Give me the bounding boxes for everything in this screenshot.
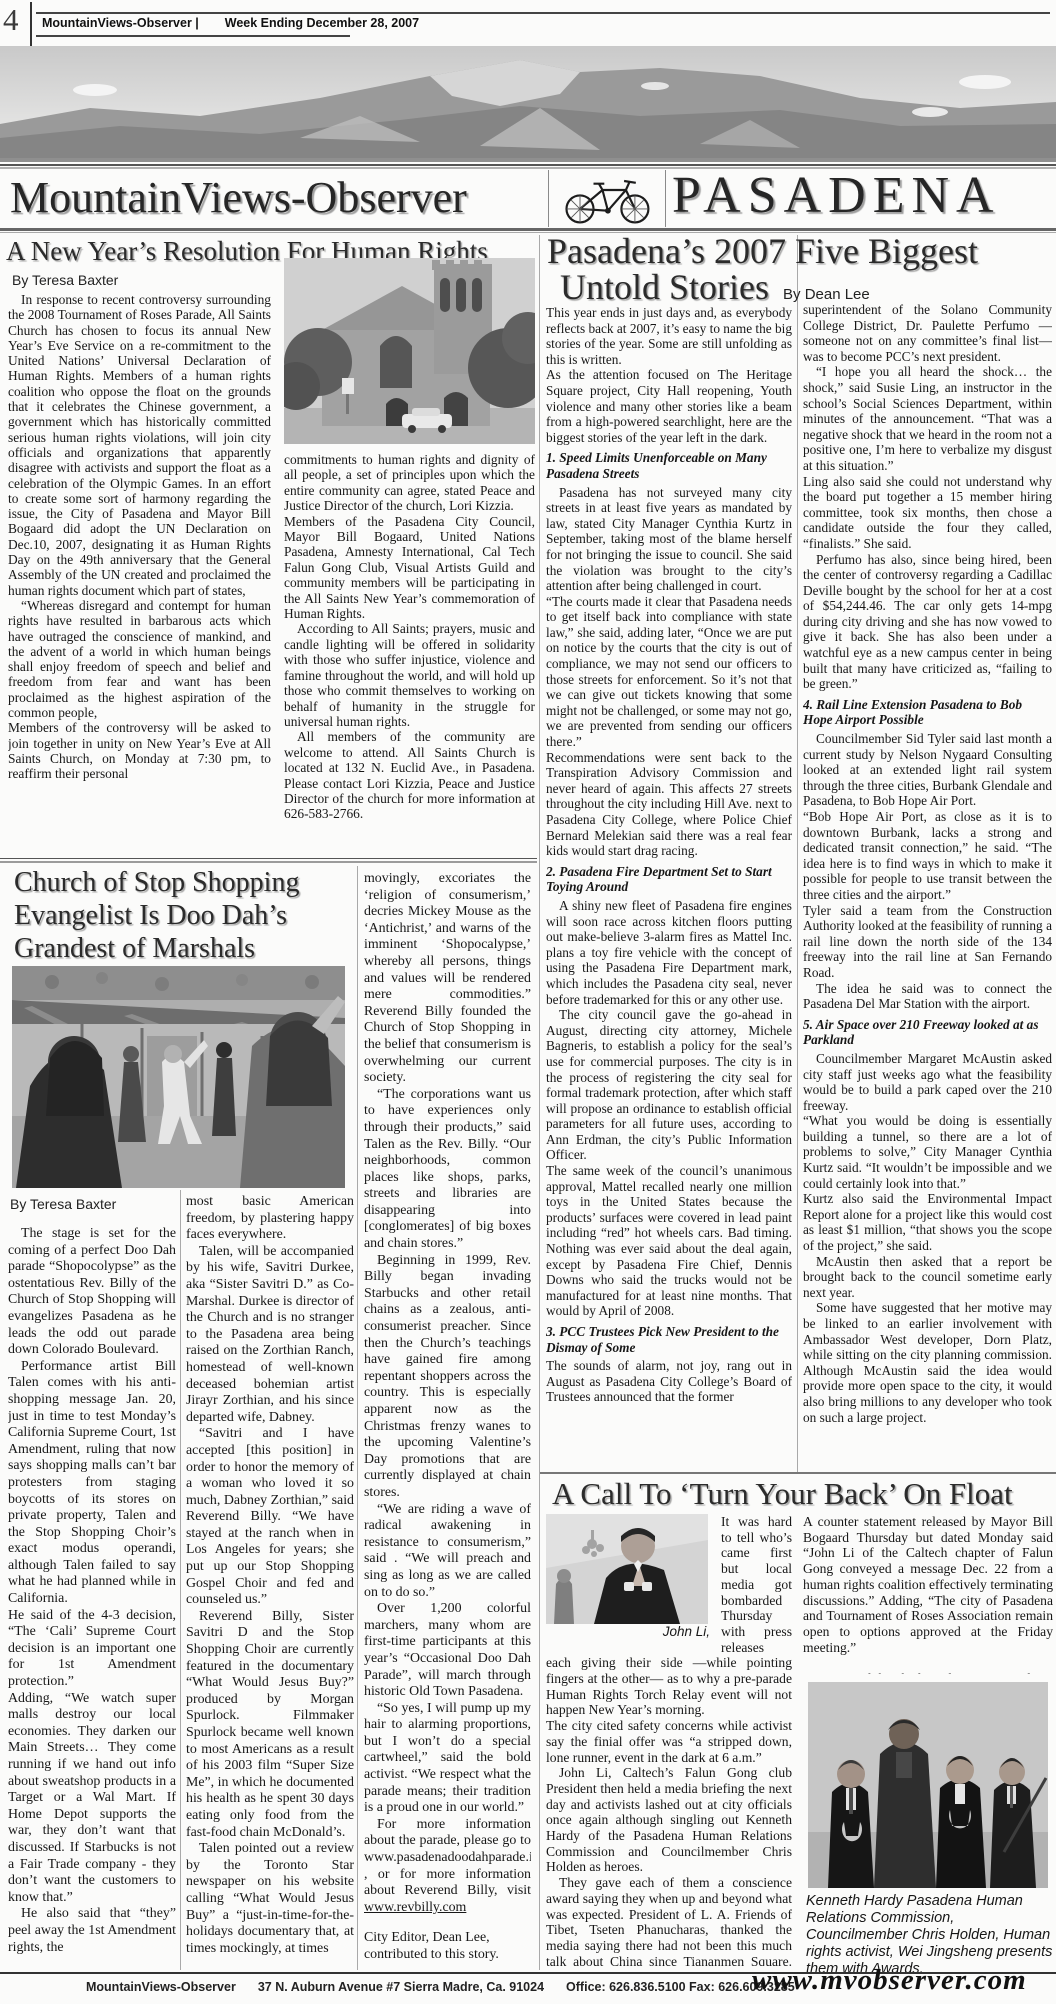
untold-subhead-3: 3. PCC Trustees Pick New President to th… xyxy=(546,1324,792,1355)
paragraph: Members of the controversy will be asked… xyxy=(8,720,271,781)
paragraph: McAustin then asked that a report be bro… xyxy=(803,1254,1052,1301)
awards-photo-graphic xyxy=(808,1682,1048,1888)
page-number: 4 xyxy=(3,2,32,46)
paragraph: Pasadena has not surveyed many city stre… xyxy=(546,485,792,594)
doodah-headline-line1: Church of Stop Shopping xyxy=(14,866,362,899)
column-rule-doodah-2 xyxy=(357,866,358,1970)
parade-choir-photo xyxy=(12,966,345,1188)
paragraph: John Li, Caltech’s Falun Gong club Presi… xyxy=(546,1765,792,1875)
paragraph: The same week of the council’s unanimous… xyxy=(546,1163,792,1319)
paragraph: Some have suggested that her motive may … xyxy=(803,1300,1052,1425)
resolution-column-2: commitments to human rights and dignity … xyxy=(284,452,535,858)
paragraph: As the attention focused on The Heritage… xyxy=(546,367,792,445)
paragraph: Activist said they had no plans to respo… xyxy=(803,1671,1053,1674)
column-rule-right xyxy=(797,235,798,1472)
paragraph: He said of the 4-3 decision, “The ‘Cali’… xyxy=(8,1608,176,1691)
paragraph: “Savitri and I have accepted [this posit… xyxy=(186,1426,354,1609)
doodah-headline-line2: Evangelist Is Doo Dah’s xyxy=(14,899,362,932)
paragraph: “What you would be doing is essentially … xyxy=(803,1113,1052,1191)
untold-byline: By Dean Lee xyxy=(783,286,870,303)
paragraph: Adding, “We watch super malls destroy ou… xyxy=(8,1691,176,1907)
footer-website-link[interactable]: www.mvobserver.com xyxy=(752,1964,1027,1997)
paragraph: “Bob Hope Air Port, as close as it is to… xyxy=(803,809,1052,903)
paragraph: superintendent of the Solano Community C… xyxy=(803,302,1052,364)
paragraph: Ling also said she could not understand … xyxy=(803,474,1052,552)
column-rule-doodah-1 xyxy=(180,1190,181,1970)
paragraph: Reverend Billy, Sister Savitri D and the… xyxy=(186,1609,354,1841)
header-top-rule xyxy=(36,12,1050,14)
paragraph: Kurtz also said the Environmental Impact… xyxy=(803,1191,1052,1253)
paragraph: A counter statement released by Mayor Bi… xyxy=(803,1514,1053,1655)
untold-subhead-2: 2. Pasadena Fire Department Set to Start… xyxy=(546,864,792,895)
doodah-credit: City Editor, Dean Lee, contributed to th… xyxy=(364,1930,531,1963)
paragraph: The city council gave the go-ahead in Au… xyxy=(546,1007,792,1163)
paragraph: “We are riding a wave of radical awakeni… xyxy=(364,1502,531,1602)
left-section-divider xyxy=(0,858,537,863)
paragraph: Members of the Pasadena City Council, Ma… xyxy=(284,514,535,622)
john-li-photo-block: John Li, xyxy=(546,1514,714,1640)
untold-column-1: This year ends in just days and, as ever… xyxy=(546,305,792,1468)
paragraph: According to All Saints; prayers, music … xyxy=(284,621,535,729)
masthead-section: PASADENA xyxy=(672,166,1001,225)
doodah-headline-line3: Grandest of Marshals xyxy=(14,932,362,965)
paragraph-more-info: For more information about the parade, p… xyxy=(364,1817,531,1917)
john-li-caption: John Li, xyxy=(546,1624,714,1640)
mountain-banner-photo xyxy=(0,46,1056,162)
header-bottom-rule xyxy=(36,35,350,37)
untold-subhead-1: 1. Speed Limits Unenforceable on Many Pa… xyxy=(546,450,792,481)
paragraph: Talen, will be accompanied by his wife, … xyxy=(186,1244,354,1427)
float-column-2: A counter statement released by Mayor Bi… xyxy=(803,1514,1053,1674)
resolution-column-1: In response to recent controversy surrou… xyxy=(8,292,271,858)
float-headline: A Call To ‘Turn Your Back’ On Float xyxy=(552,1476,1013,1512)
paragraph: All members of the community are welcome… xyxy=(284,729,535,821)
paragraph: Perfumo has also, since being hired, bee… xyxy=(803,552,1052,692)
paragraph: The sounds of alarm, not joy, rang out i… xyxy=(546,1358,792,1405)
paragraph: movingly, excoriates the ‘religion of co… xyxy=(364,871,531,1087)
float-story-divider xyxy=(540,1472,1056,1474)
column-rule-center xyxy=(539,235,540,1970)
paragraph: Performance artist Bill Talen comes with… xyxy=(8,1359,176,1608)
awards-photo xyxy=(808,1682,1048,1888)
paragraph: Beginning in 1999, Rev. Billy began inva… xyxy=(364,1253,531,1502)
newspaper-page: 4 MountainViews-Observer |Week Ending De… xyxy=(0,0,1056,2004)
doodah-byline: By Teresa Baxter xyxy=(10,1196,116,1212)
footer-info: MountainViews-Observer37 N. Auburn Avenu… xyxy=(86,1980,817,1994)
paragraph: The stage is set for the coming of a per… xyxy=(8,1226,176,1359)
doodah-headline: Church of Stop Shopping Evangelist Is Do… xyxy=(14,866,362,965)
doodah-column-2: most basic American freedom, by plasteri… xyxy=(186,1194,354,1970)
doodah-column-3: movingly, excoriates the ‘religion of co… xyxy=(364,871,531,1970)
page-header: MountainViews-Observer |Week Ending Dece… xyxy=(42,16,445,30)
untold-subhead-5: 5. Air Space over 210 Freeway looked at … xyxy=(803,1017,1052,1048)
paragraph: “Whereas disregard and contempt for huma… xyxy=(8,598,271,720)
paragraph: This year ends in just days and, as ever… xyxy=(546,305,792,367)
paragraph: The city cited safety concerns while act… xyxy=(546,1718,792,1765)
header-paper-name: MountainViews-Observer | xyxy=(42,16,199,30)
footer-address: 37 N. Auburn Avenue #7 Sierra Madre, Ca.… xyxy=(258,1980,544,1994)
mountain-photo-graphic xyxy=(0,46,1056,162)
paragraph: most basic American freedom, by plasteri… xyxy=(186,1194,354,1244)
paragraph: Councilmember Sid Tyler said last month … xyxy=(803,731,1052,809)
paragraph: “I hope you all heard the shock… the sho… xyxy=(803,364,1052,473)
paragraph: “The corporations want us to have experi… xyxy=(364,1087,531,1253)
paragraph: Talen pointed out a review by the Toront… xyxy=(186,1841,354,1957)
masthead-title: MountainViews-Observer xyxy=(10,172,467,223)
paragraph: In response to recent controversy surrou… xyxy=(8,292,271,598)
paragraph: Over 1,200 colorful marchers, many whom … xyxy=(364,1601,531,1701)
resolution-byline: By Teresa Baxter xyxy=(12,272,118,288)
john-li-photo-graphic xyxy=(546,1514,708,1624)
paragraph: A shiny new fleet of Pasadena fire engin… xyxy=(546,898,792,1007)
paragraph: They gave each of them a conscience awar… xyxy=(546,1875,792,1966)
masthead-bicycle-box xyxy=(548,170,666,227)
parade-photo-graphic xyxy=(12,966,345,1188)
paragraph: He also said that “they” peel away the 1… xyxy=(8,1906,176,1956)
doodah-column-1: The stage is set for the coming of a per… xyxy=(8,1226,176,1970)
float-column-1: John Li, It was hard to tell who’s came … xyxy=(546,1514,792,1966)
revbilly-link[interactable]: www.revbilly.com xyxy=(364,1900,466,1915)
paragraph: “The courts made it clear that Pasadena … xyxy=(546,594,792,750)
paragraph: Councilmember Margaret McAustin asked ci… xyxy=(803,1051,1052,1113)
john-li-photo xyxy=(546,1514,708,1624)
paragraph: Tyler said a team from the Construction … xyxy=(803,903,1052,981)
untold-subhead-4: 4. Rail Line Extension Pasadena to Bob H… xyxy=(803,697,1052,728)
header-date: Week Ending December 28, 2007 xyxy=(225,16,419,30)
footer-paper-name: MountainViews-Observer xyxy=(86,1980,236,1994)
church-photo xyxy=(284,258,535,444)
church-photo-graphic xyxy=(284,258,535,444)
paragraph: The idea he said was to connect the Pasa… xyxy=(803,981,1052,1012)
more-info-text: For more information about the parade, p… xyxy=(364,1817,531,1898)
untold-column-2: superintendent of the Solano Community C… xyxy=(803,302,1052,1468)
paragraph: “So yes, I will pump up my hair to alarm… xyxy=(364,1701,531,1817)
untold-headline-line2: Untold Stories xyxy=(560,267,769,307)
bicycle-icon xyxy=(555,172,659,226)
paragraph: commitments to human rights and dignity … xyxy=(284,452,535,514)
paragraph: Recommendations were sent back to the Tr… xyxy=(546,750,792,859)
